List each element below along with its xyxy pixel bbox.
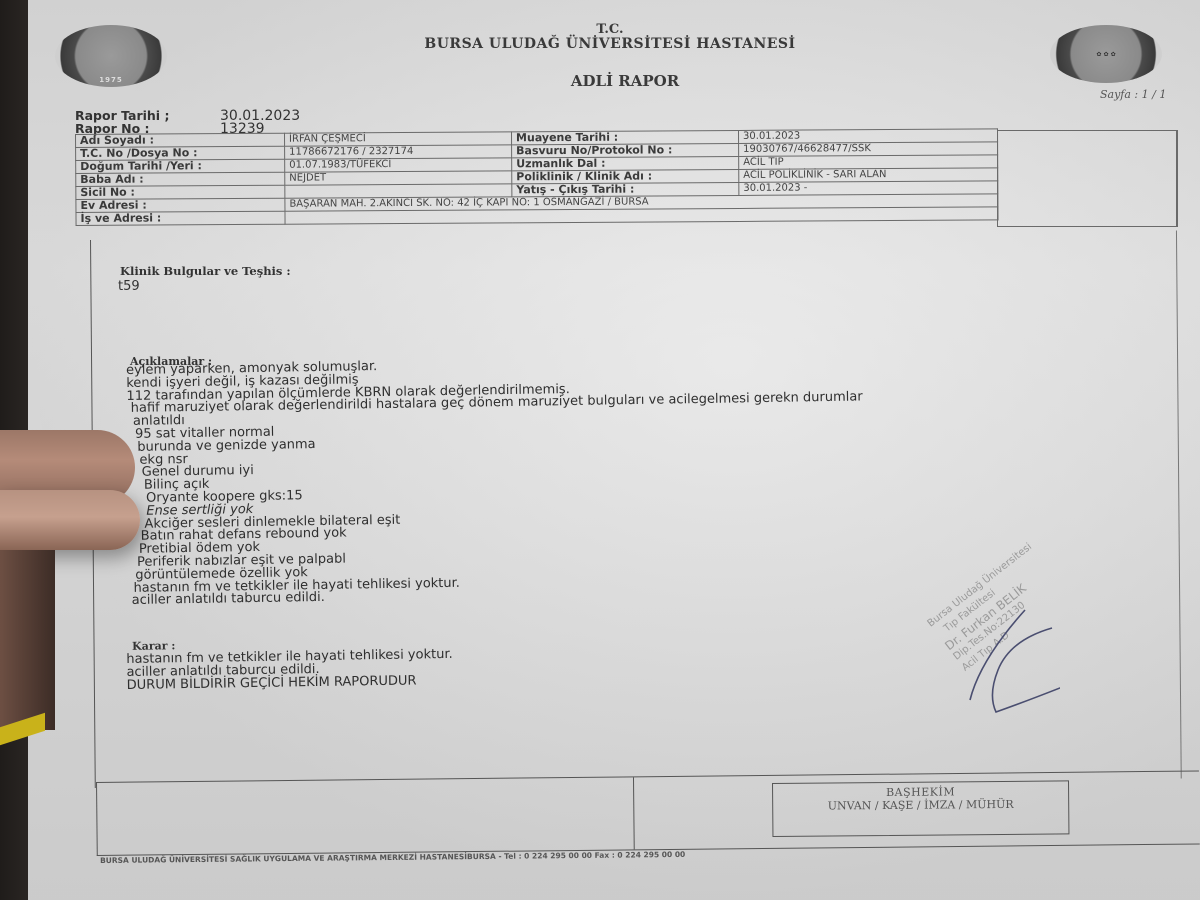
birth-label: Doğum Tarihi /Yeri :	[76, 159, 285, 173]
country-label: T.C.	[10, 22, 1200, 37]
diagnosis-code: t59	[118, 279, 140, 294]
work-address-label: İş ve Adresi :	[76, 211, 285, 225]
clinical-findings-title: Klinik Bulgular ve Teşhis :	[120, 264, 291, 278]
document-title: ADLİ RAPOR	[25, 72, 1200, 90]
chief-physician-subtitle: UNVAN / KAŞE / İMZA / MÜHÜR	[773, 797, 1068, 813]
chief-physician-box: BAŞHEKİM UNVAN / KAŞE / İMZA / MÜHÜR	[772, 780, 1069, 837]
signature-icon	[940, 600, 1060, 720]
decision-section: Karar : hastanın fm ve tetkikler ile hay…	[126, 635, 453, 692]
hand-thumb	[0, 490, 140, 550]
page-indicator: Sayfa : 1 / 1	[1100, 88, 1166, 101]
home-address-label: Ev Adresi :	[76, 198, 285, 212]
name-label: Adı Soyadı :	[76, 133, 285, 147]
notes-list: eylem yaparken, amonyak solumuşlar.kendi…	[126, 353, 866, 608]
institution-name: BURSA ULUDAĞ ÜNİVERSİTESİ HASTANESİ	[10, 36, 1200, 52]
hand-lower	[0, 550, 55, 730]
father-name-label: Baba Adı :	[76, 172, 285, 186]
patient-info-table: Adı Soyadı : İRFAN ÇEŞMECİ Muayene Tarih…	[75, 128, 999, 226]
id-label: T.C. No /Dosya No :	[76, 146, 285, 160]
registry-label: Sicil No :	[76, 185, 285, 199]
photo-box	[997, 130, 1178, 227]
